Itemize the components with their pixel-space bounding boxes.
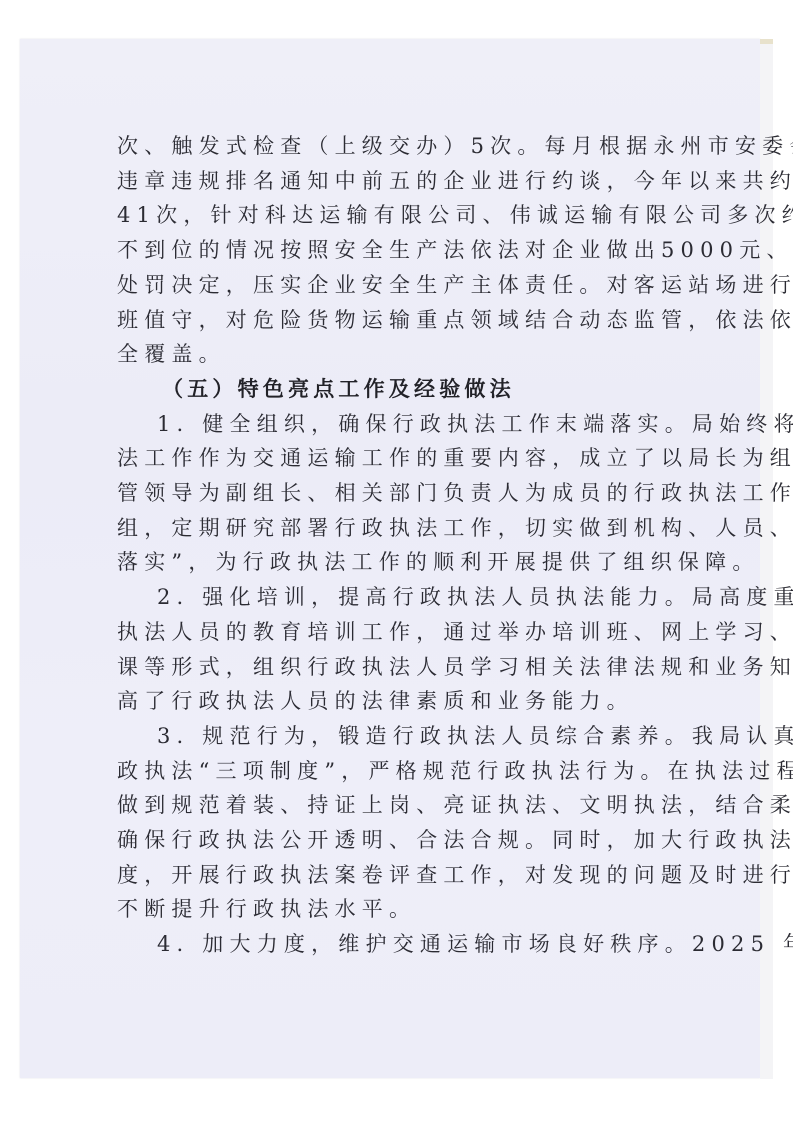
text-line: 度，开展行政执法案卷评查工作，对发现的问题及时进行整改，: [117, 858, 677, 893]
text-line: 组，定期研究部署行政执法工作，切实做到机构、人员、经费“三: [117, 511, 677, 546]
item-paragraph-2: 2. 强化培训，提高行政执法人员执法能力。局高度重视行政 执法人员的教育培训工作…: [117, 580, 677, 719]
text-line: 2. 强化培训，提高行政执法人员执法能力。局高度重视行政: [117, 580, 677, 615]
item-paragraph-3: 3. 规范行为，锻造行政执法人员综合素养。我局认真落实行 政执法“三项制度”，严…: [117, 719, 677, 927]
item-paragraph-1: 1. 健全组织，确保行政执法工作末端落实。局始终将行政执 法工作作为交通运输工作…: [117, 407, 677, 581]
text-line: 不到位的情况按照安全生产法依法对企业做出5000元、6000元的: [117, 233, 677, 268]
page-corner-mark: [760, 39, 773, 44]
text-line: 管领导为副组长、相关部门负责人为成员的行政执法工作领导小: [117, 476, 677, 511]
text-line: 处罚决定，压实企业安全生产主体责任。对客运站场进行驻站值: [117, 268, 677, 303]
text-line: 违章违规排名通知中前五的企业进行约谈，今年以来共约谈企业: [117, 164, 677, 199]
text-line: 课等形式，组织行政执法人员学习相关法律法规和业务知识，提: [117, 650, 677, 685]
text-line: 班值守，对危险货物运输重点领域结合动态监管，依法依规实行: [117, 303, 677, 338]
section-heading: （五）特色亮点工作及经验做法: [117, 372, 677, 407]
document-body: 次、触发式检查（上级交办）5次。每月根据永州市安委会对全市 违章违规排名通知中前…: [117, 129, 677, 962]
page-edge-shadow: [760, 39, 773, 1079]
text-line: 做到规范着装、持证上岗、亮证执法、文明执法，结合柔性执法: [117, 788, 677, 823]
text-line: 执法人员的教育培训工作，通过举办培训班、网上学习、专家上: [117, 615, 677, 650]
text-line: 4. 加大力度，维护交通运输市场良好秩序。2025 年，局加: [117, 927, 677, 962]
text-line: 确保行政执法公开透明、合法合规。同时，加大行政执法监督力: [117, 823, 677, 858]
text-line: 政执法“三项制度”，严格规范行政执法行为。在执法过程中，: [117, 754, 677, 789]
text-line: 41次，针对科达运输有限公司、伟诚运输有限公司多次约谈整改: [117, 198, 677, 233]
continuation-paragraph: 次、触发式检查（上级交办）5次。每月根据永州市安委会对全市 违章违规排名通知中前…: [117, 129, 677, 372]
text-line: 次、触发式检查（上级交办）5次。每月根据永州市安委会对全市: [117, 129, 677, 164]
item-paragraph-4: 4. 加大力度，维护交通运输市场良好秩序。2025 年，局加: [117, 927, 677, 962]
text-line: 法工作作为交通运输工作的重要内容，成立了以局长为组长、分: [117, 441, 677, 476]
scanned-page: 次、触发式检查（上级交办）5次。每月根据永州市安委会对全市 违章违规排名通知中前…: [20, 39, 760, 1078]
text-line: 全覆盖。: [117, 337, 677, 372]
text-line: 高了行政执法人员的法律素质和业务能力。: [117, 684, 677, 719]
text-line: 1. 健全组织，确保行政执法工作末端落实。局始终将行政执: [117, 407, 677, 442]
text-line: 落实”，为行政执法工作的顺利开展提供了组织保障。: [117, 545, 677, 580]
text-line: 3. 规范行为，锻造行政执法人员综合素养。我局认真落实行: [117, 719, 677, 754]
text-line: 不断提升行政执法水平。: [117, 892, 677, 927]
